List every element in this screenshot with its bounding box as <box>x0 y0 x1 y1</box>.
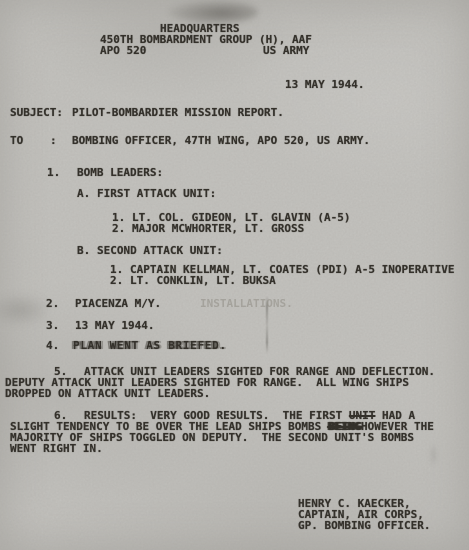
item-2-text: PIACENZA M/Y. <box>75 298 161 309</box>
sub-a-title: FIRST ATTACK UNIT: <box>97 188 216 199</box>
paper-stain <box>0 293 52 327</box>
to-text: BOMBING OFFICER, 47TH WING, APO 520, US … <box>72 135 370 146</box>
sub-b-label: B. <box>77 245 90 256</box>
document-page: HEADQUARTERS 450TH BOMBARDMENT GROUP (H)… <box>0 0 469 550</box>
entry-b2-number: 2. <box>110 275 123 286</box>
entry-a2-text: MAJOR MCWHORTER, LT. GROSS <box>132 223 304 234</box>
to-separator: : <box>50 135 57 146</box>
subject-label: SUBJECT: <box>10 107 63 118</box>
sub-a-label: A. <box>77 188 90 199</box>
item-5-line-3: DROPPED ON ATTACK UNIT LEADERS. <box>5 388 210 399</box>
item-6-line-4: WENT RIGHT IN. <box>10 443 103 454</box>
signature-title: GP. BOMBING OFFICER. <box>298 520 430 531</box>
entry-b2-text: LT. CONKLIN, LT. BUKSA <box>130 275 276 286</box>
item-1-number: 1. <box>47 167 60 178</box>
item-1-title: BOMB LEADERS: <box>77 167 163 178</box>
item-4-text: PLAN WENT AS BRIEFED. <box>73 340 227 351</box>
item-4-number: 4. <box>46 340 59 351</box>
item-2-number: 2. <box>46 298 59 309</box>
to-label: TO <box>10 135 23 146</box>
sub-b-title: SECOND ATTACK UNIT: <box>97 245 223 256</box>
item-2-faded-text: INSTALLATIONS. <box>200 298 293 309</box>
item-3-text: 13 MAY 1944. <box>75 320 154 331</box>
ink-smudge <box>168 0 258 24</box>
entry-a2-number: 2. <box>112 223 125 234</box>
paper-streak <box>430 443 437 467</box>
army-label: US ARMY <box>263 45 309 56</box>
date-line: 13 MAY 1944. <box>285 79 364 90</box>
item-3-number: 3. <box>46 320 59 331</box>
subject-text: PILOT-BOMBARDIER MISSION REPORT. <box>72 107 284 118</box>
apo-label: APO 520 <box>100 45 146 56</box>
